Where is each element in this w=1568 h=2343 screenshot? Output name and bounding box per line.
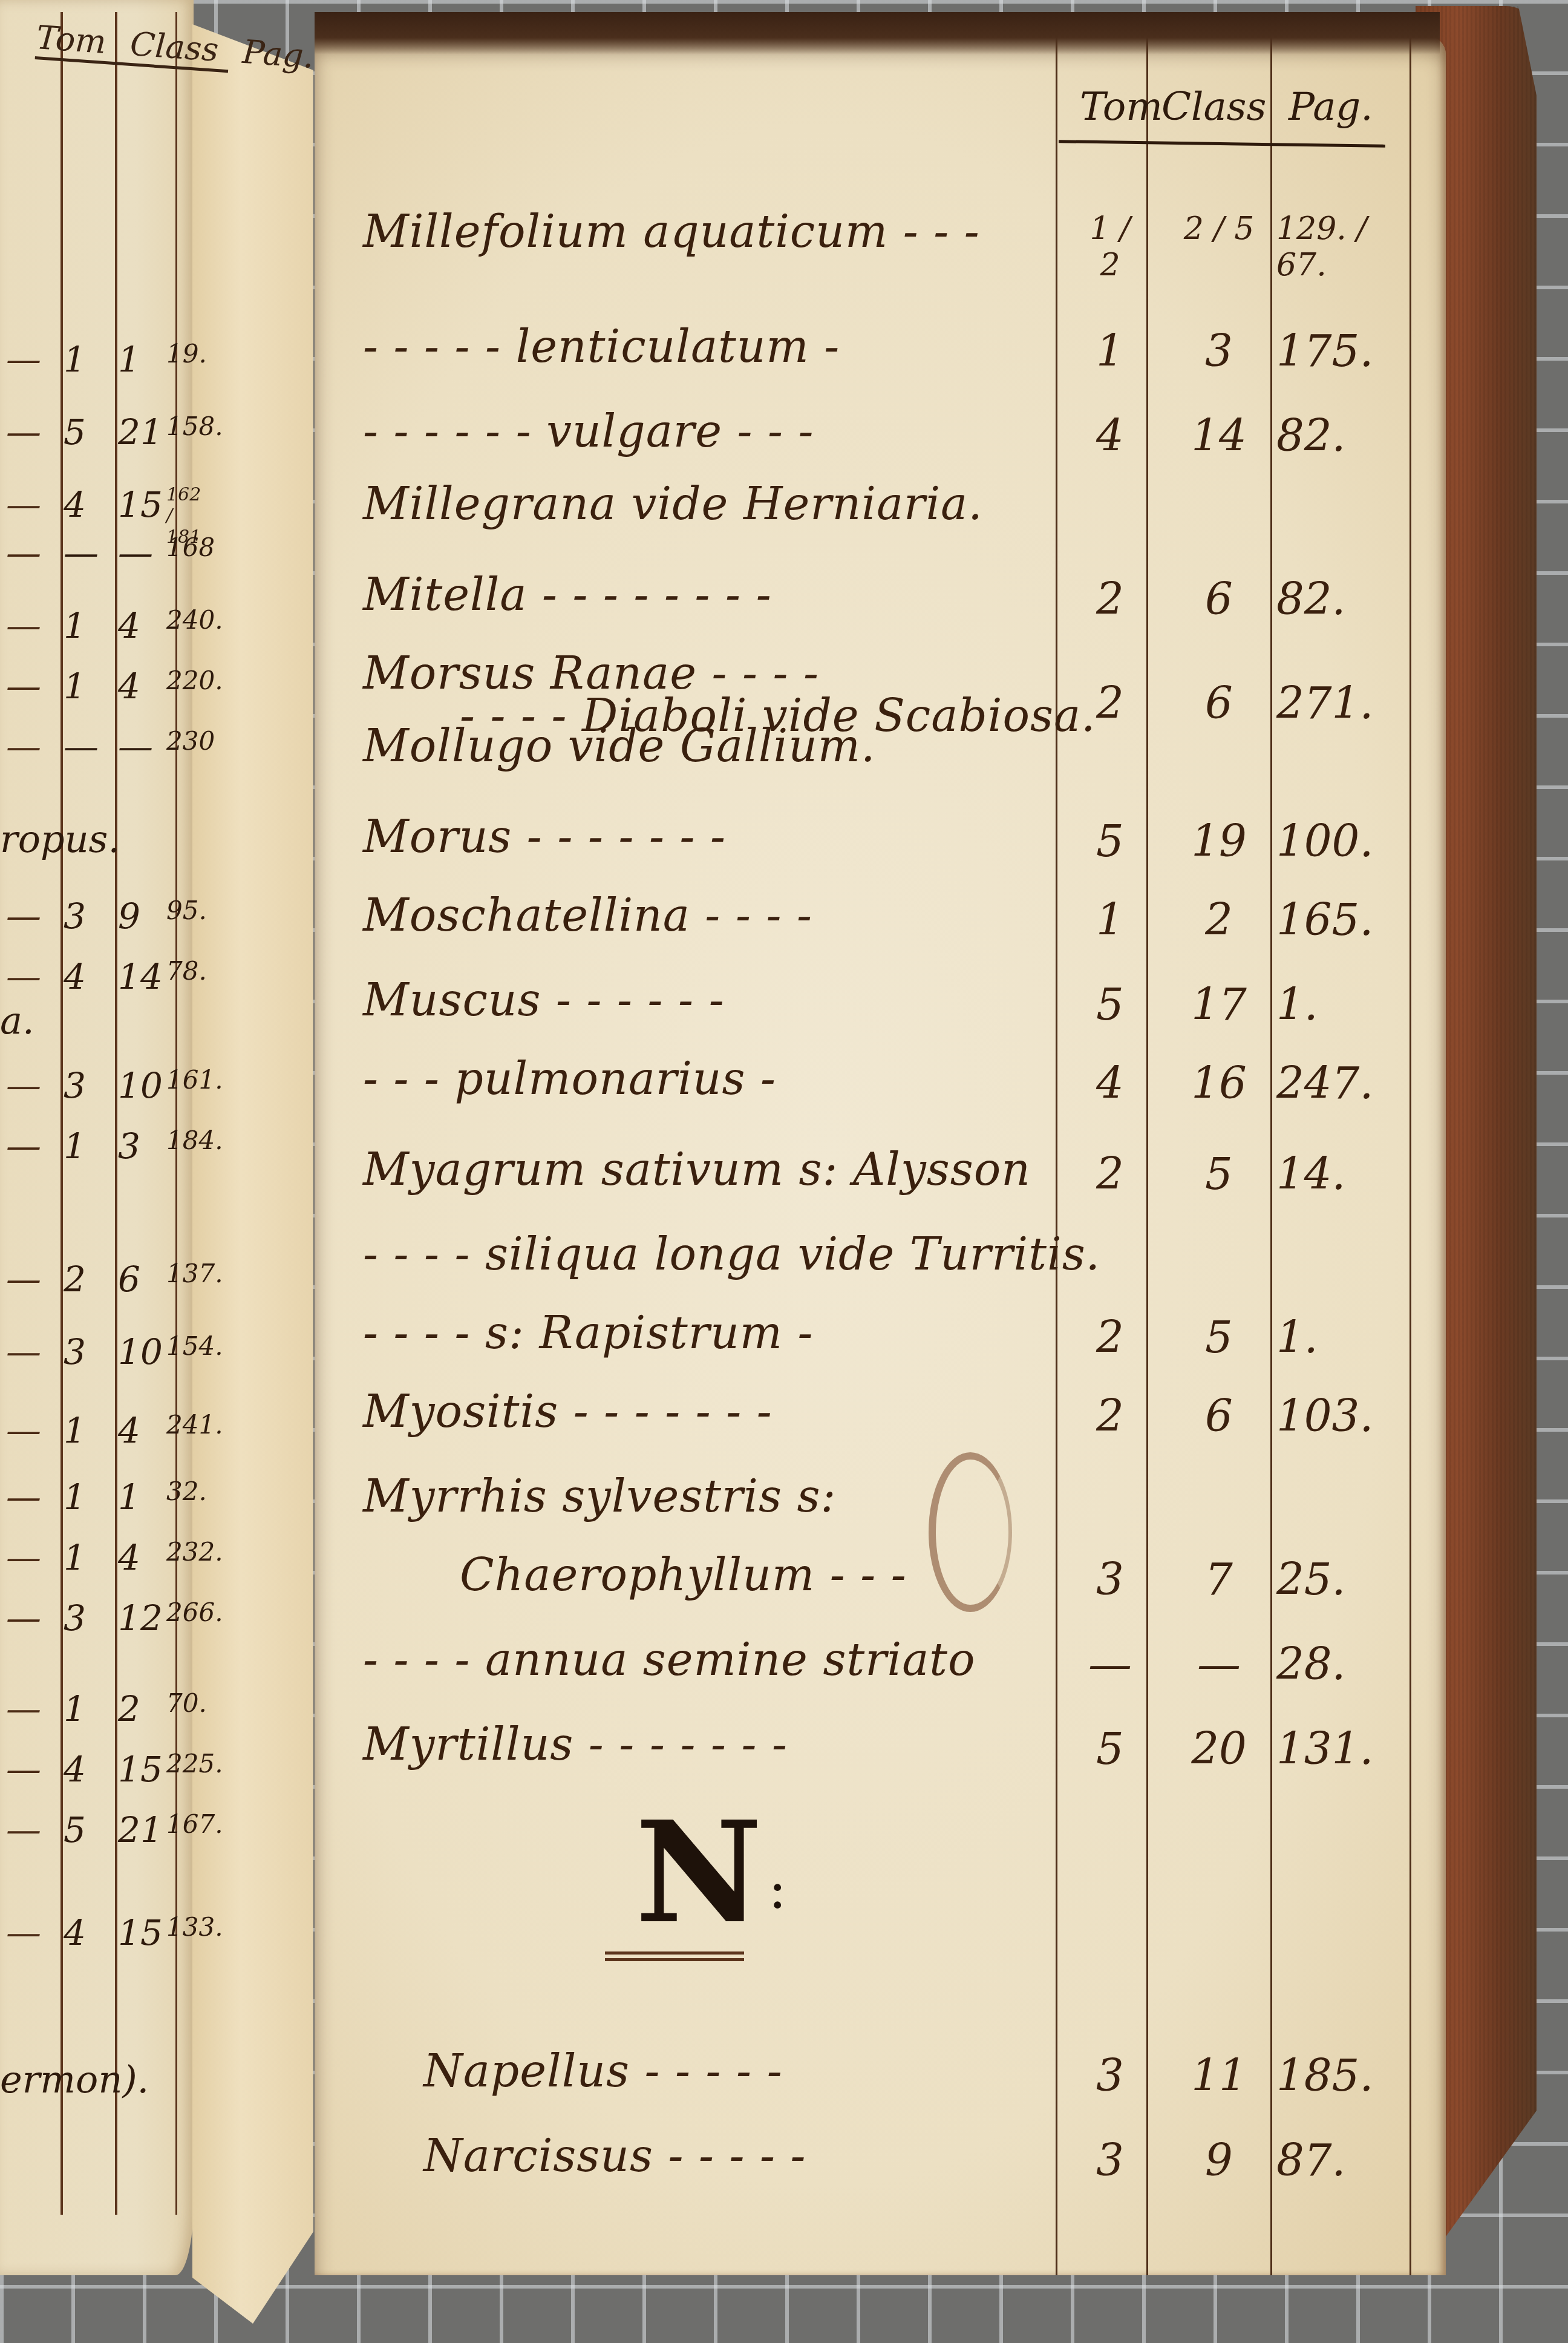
index-entry: Napellus - - - - - 3 11 185. <box>315 2045 1446 2118</box>
previous-page-row: —415225. <box>0 1749 200 1797</box>
previous-page-row: —14240. <box>0 605 200 654</box>
index-entry: Myrrhis sylvestris s: <box>315 1470 1446 1543</box>
previous-page-row: —14220. <box>0 666 200 714</box>
index-entry: Myrtillus - - - - - - - 5 20 131. <box>315 1719 1446 1791</box>
previous-page-row: —14232. <box>0 1537 200 1585</box>
previous-page-fragment: a. <box>0 998 34 1043</box>
previous-page-row: —1270. <box>0 1688 200 1737</box>
previous-page-row: —14241. <box>0 1410 200 1458</box>
index-entry: - - - - - lenticulatum - 1 3 175. <box>315 321 1446 393</box>
index-entry: Chaerophyllum - - - 3 7 25. <box>315 1549 1446 1622</box>
index-entry: Millefolium aquaticum - - - 1 / 2 2 / 5 … <box>315 206 1446 278</box>
index-entry: Mitella - - - - - - - - 2 6 82. <box>315 569 1446 641</box>
header-pag: Pag. <box>1289 85 1373 129</box>
index-entry: Myagrum sativum s: Alysson 2 5 14. <box>315 1144 1446 1216</box>
previous-page-row: —415133. <box>0 1912 200 1961</box>
previous-page-row: ———230 <box>0 726 200 775</box>
previous-page-row: —1132. <box>0 1476 200 1525</box>
previous-page-fragment: ermon). <box>0 2057 149 2102</box>
header-underline <box>1059 140 1385 148</box>
ink-stain <box>929 1452 1012 1612</box>
index-entry: Narcissus - - - - - 3 9 87. <box>315 2130 1446 2203</box>
header-pag: Pag. <box>241 33 315 76</box>
page-fold <box>192 24 313 2324</box>
previous-page-row: —310161. <box>0 1065 200 1113</box>
previous-page-row: ———168 <box>0 532 200 581</box>
section-colon: : <box>768 1858 786 1921</box>
index-entry: - - - - annua semine striato — — 28. <box>315 1634 1446 1706</box>
previous-page-row: —3995. <box>0 896 200 944</box>
previous-page-row: —521158. <box>0 411 200 460</box>
previous-page-row: —310154. <box>0 1331 200 1380</box>
header-class: Class <box>129 25 220 69</box>
index-entry-crossref: Millegrana vide Herniaria. <box>315 478 1446 551</box>
previous-page-fragment: ropus. <box>0 817 120 861</box>
index-entry-crossref: - - - - siliqua longa vide Turritis. <box>315 1228 1446 1301</box>
section-underline <box>605 1951 744 1961</box>
previous-page-row: —415162 / 181 <box>0 484 200 532</box>
index-entry: Moschatellina - - - - 1 2 165. <box>315 890 1446 962</box>
header-tom: Tom <box>35 18 108 61</box>
index-entry: - - - pulmonarius - 4 16 247. <box>315 1053 1446 1126</box>
previous-page-row: —41478. <box>0 956 200 1004</box>
index-entry: Myositis - - - - - - - 2 6 103. <box>315 1386 1446 1458</box>
previous-page-row: —13184. <box>0 1126 200 1174</box>
index-entry: Muscus - - - - - - 5 17 1. <box>315 974 1446 1047</box>
index-entry: - - - - s: Rapistrum - 2 5 1. <box>315 1307 1446 1380</box>
index-page: Tom Class Pag. Millefolium aquaticum - -… <box>315 36 1446 2275</box>
header-class: Class <box>1161 85 1266 129</box>
section-letter: N <box>635 1791 762 1955</box>
index-entry-crossref: Mollugo vide Gallium. <box>315 720 1446 793</box>
index-entry: Morus - - - - - - - 5 19 100. <box>315 811 1446 883</box>
index-entry: - - - - - - vulgare - - - 4 14 82. <box>315 405 1446 478</box>
previous-page-row: —521167. <box>0 1809 200 1858</box>
binding-shadow <box>315 12 1440 54</box>
header-tom: Tom <box>1080 85 1163 129</box>
previous-page-row: —312266. <box>0 1597 200 1646</box>
previous-page-row: —26137. <box>0 1259 200 1307</box>
previous-page-row: —1119. <box>0 339 200 387</box>
